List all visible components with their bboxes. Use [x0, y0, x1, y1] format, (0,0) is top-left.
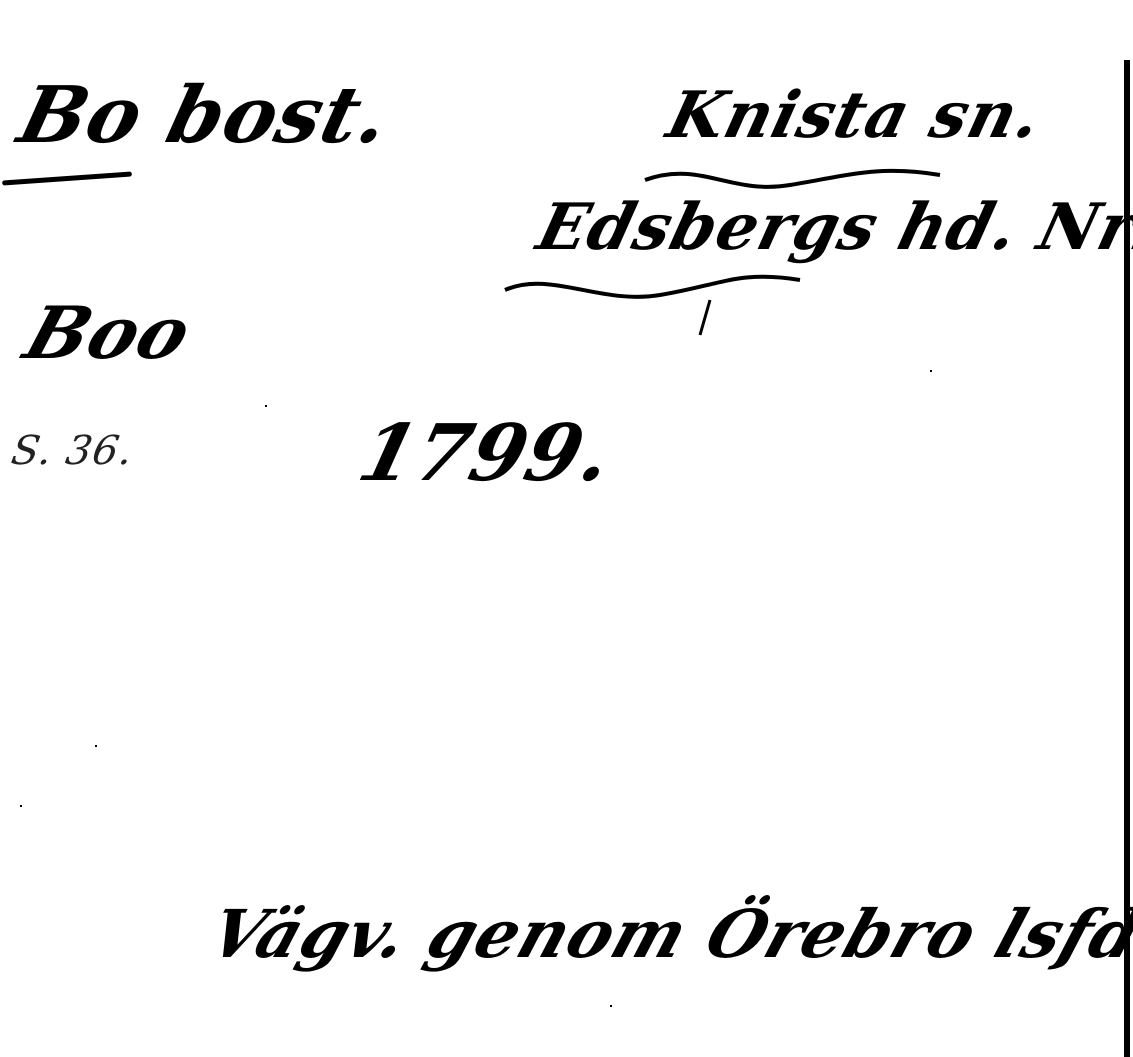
source-note: Vägv. genom Örebro lsfdm. [200, 895, 1133, 973]
scan-speck [265, 405, 267, 407]
card-right-border [1124, 60, 1130, 1057]
headword-underline [2, 171, 132, 185]
year: 1799. [350, 408, 622, 499]
scan-speck [20, 805, 22, 807]
scan-speck [930, 370, 932, 372]
variant-form: Boo [15, 290, 203, 375]
scan-speck [610, 1005, 612, 1007]
scan-speck [95, 745, 97, 747]
parish-name: Knista sn. [660, 78, 1049, 153]
district-underline [500, 260, 820, 340]
district-name: Edsbergs hd. Nrk. [530, 190, 1133, 265]
source-reference: S. 36. [8, 428, 137, 474]
archive-card: Bo bost. Knista sn. Edsbergs hd. Nrk. Bo… [0, 0, 1133, 1057]
headword: Bo bost. [10, 70, 399, 161]
